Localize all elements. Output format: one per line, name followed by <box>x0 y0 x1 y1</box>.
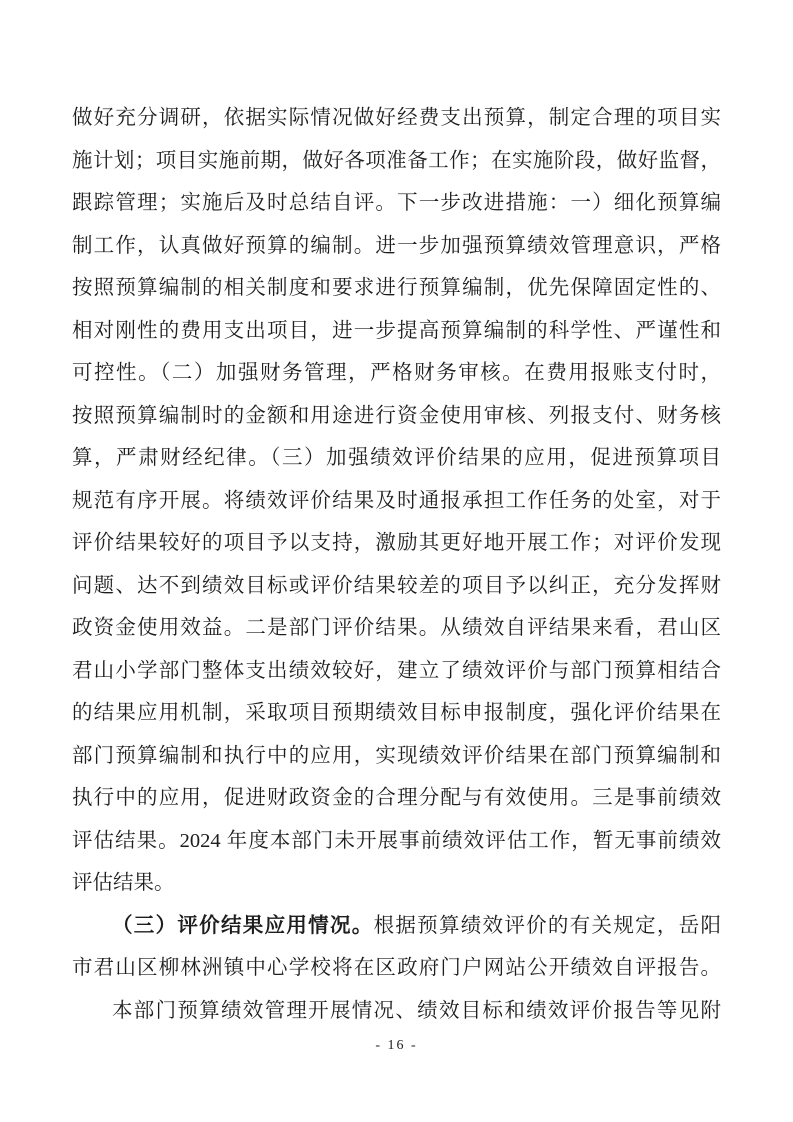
text-line: 评价结果较好的项目予以支持，激励其更好地开展工作；对评价发现 <box>72 522 721 565</box>
document-page: 做好充分调研，依据实际情况做好经费支出预算，制定合理的项目实施计划；项目实施前期… <box>0 0 793 1122</box>
text-line: 算，严肃财经纪律。（三）加强绩效评价结果的应用，促进预算项目 <box>72 437 721 480</box>
text-line: 做好充分调研，依据实际情况做好经费支出预算，制定合理的项目实 <box>72 97 721 140</box>
text-line: 本部门预算绩效管理开展情况、绩效目标和绩效评价报告等见附 <box>72 990 721 1033</box>
body-text: 制工作，认真做好预算的编制。进一步加强预算绩效管理意识，严格 <box>72 235 721 257</box>
body-text: 跟踪管理；实施后及时总结自评。下一步改进措施：一）细化预算编 <box>72 192 721 214</box>
section-heading-text: （三）评价结果应用情况。 <box>112 915 374 937</box>
body-text: 市君山区柳林洲镇中心学校将在区政府门户网站公开绩效自评报告。 <box>72 957 721 979</box>
text-line: 问题、达不到绩效目标或评价结果较差的项目予以纠正，充分发挥财 <box>72 565 721 608</box>
text-line: 规范有序开展。将绩效评价结果及时通报承担工作任务的处室，对于 <box>72 480 721 523</box>
text-line: 市君山区柳林洲镇中心学校将在区政府门户网站公开绩效自评报告。 <box>72 947 721 990</box>
body-text: 政资金使用效益。二是部门评价结果。从绩效自评结果来看，君山区 <box>72 617 721 639</box>
body-text: 君山小学部门整体支出绩效较好，建立了绩效评价与部门预算相结合 <box>72 660 721 682</box>
text-line: 政资金使用效益。二是部门评价结果。从绩效自评结果来看，君山区 <box>72 607 721 650</box>
text-line: （三）评价结果应用情况。根据预算绩效评价的有关规定，岳阳 <box>72 905 721 948</box>
body-text: 施计划；项目实施前期，做好各项准备工作；在实施阶段，做好监督， <box>72 150 721 172</box>
text-line: 可控性。（二）加强财务管理，严格财务审核。在费用报账支付时， <box>72 352 721 395</box>
body-text: 按照预算编制时的金额和用途进行资金使用审核、列报支付、财务核 <box>72 405 721 427</box>
body-text: 评价结果较好的项目予以支持，激励其更好地开展工作；对评价发现 <box>72 532 721 554</box>
body-text: 根据预算绩效评价的有关规定，岳阳 <box>374 915 721 937</box>
paragraph: 做好充分调研，依据实际情况做好经费支出预算，制定合理的项目实施计划；项目实施前期… <box>72 97 721 905</box>
page-number: - 16 - <box>375 1038 417 1053</box>
text-line: 的结果应用机制，采取项目预期绩效目标申报制度，强化评价结果在 <box>72 692 721 735</box>
body-text: 评估结果。 <box>72 872 175 894</box>
text-line: 相对刚性的费用支出项目，进一步提高预算编制的科学性、严谨性和 <box>72 310 721 353</box>
text-line: 君山小学部门整体支出绩效较好，建立了绩效评价与部门预算相结合 <box>72 650 721 693</box>
text-line: 制工作，认真做好预算的编制。进一步加强预算绩效管理意识，严格 <box>72 225 721 268</box>
body-text: 评估结果。2024 年度本部门未开展事前绩效评估工作，暂无事前绩效 <box>72 830 721 852</box>
body-text: 的结果应用机制，采取项目预期绩效目标申报制度，强化评价结果在 <box>72 702 721 724</box>
document-body: 做好充分调研，依据实际情况做好经费支出预算，制定合理的项目实施计划；项目实施前期… <box>72 97 721 1032</box>
body-text: 部门预算编制和执行中的应用，实现绩效评价结果在部门预算编制和 <box>72 745 721 767</box>
page-footer: - 16 - <box>0 1038 793 1054</box>
text-line: 跟踪管理；实施后及时总结自评。下一步改进措施：一）细化预算编 <box>72 182 721 225</box>
body-text: 本部门预算绩效管理开展情况、绩效目标和绩效评价报告等见附 <box>112 1000 721 1022</box>
text-line: 施计划；项目实施前期，做好各项准备工作；在实施阶段，做好监督， <box>72 140 721 183</box>
text-line: 评估结果。2024 年度本部门未开展事前绩效评估工作，暂无事前绩效 <box>72 820 721 863</box>
body-text: 执行中的应用，促进财政资金的合理分配与有效使用。三是事前绩效 <box>72 787 721 809</box>
body-text: 可控性。（二）加强财务管理，严格财务审核。在费用报账支付时， <box>72 362 721 384</box>
text-line: 部门预算编制和执行中的应用，实现绩效评价结果在部门预算编制和 <box>72 735 721 778</box>
text-line: 执行中的应用，促进财政资金的合理分配与有效使用。三是事前绩效 <box>72 777 721 820</box>
body-text: 按照预算编制的相关制度和要求进行预算编制，优先保障固定性的、 <box>72 277 721 299</box>
body-text: 规范有序开展。将绩效评价结果及时通报承担工作任务的处室，对于 <box>72 490 721 512</box>
body-text: 问题、达不到绩效目标或评价结果较差的项目予以纠正，充分发挥财 <box>72 575 721 597</box>
body-text: 做好充分调研，依据实际情况做好经费支出预算，制定合理的项目实 <box>72 107 721 129</box>
paragraph: 本部门预算绩效管理开展情况、绩效目标和绩效评价报告等见附 <box>72 990 721 1033</box>
text-line: 评估结果。 <box>72 862 721 905</box>
paragraph: （三）评价结果应用情况。根据预算绩效评价的有关规定，岳阳市君山区柳林洲镇中心学校… <box>72 905 721 990</box>
body-text: 算，严肃财经纪律。（三）加强绩效评价结果的应用，促进预算项目 <box>72 447 721 469</box>
text-line: 按照预算编制的相关制度和要求进行预算编制，优先保障固定性的、 <box>72 267 721 310</box>
text-line: 按照预算编制时的金额和用途进行资金使用审核、列报支付、财务核 <box>72 395 721 438</box>
body-text: 相对刚性的费用支出项目，进一步提高预算编制的科学性、严谨性和 <box>72 320 721 342</box>
